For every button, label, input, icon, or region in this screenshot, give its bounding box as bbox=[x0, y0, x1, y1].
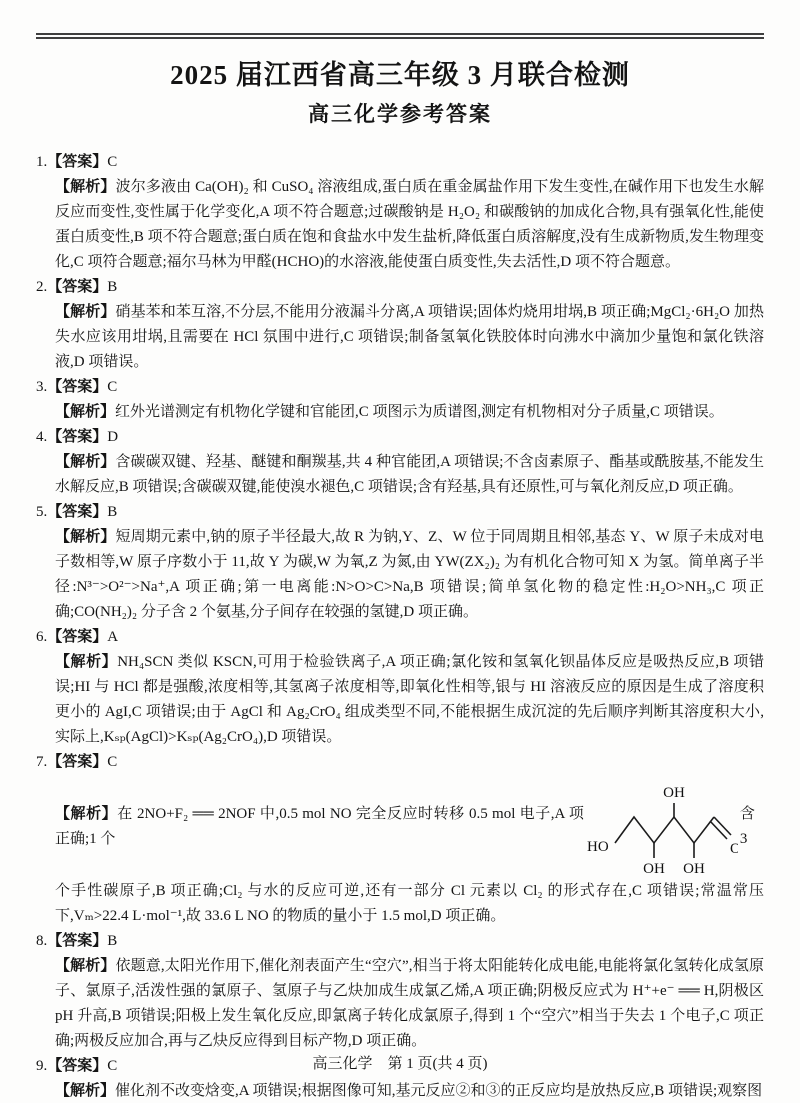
answer-line: 7.【答案】C bbox=[36, 750, 764, 775]
question-number: 7. bbox=[36, 754, 47, 770]
molecule-structure-diagram: HO OH OH OH O bbox=[586, 775, 738, 879]
answer-line: 6.【答案】A bbox=[36, 625, 764, 650]
answer-line: 4.【答案】D bbox=[36, 425, 764, 450]
page-subtitle: 高三化学参考答案 bbox=[36, 98, 764, 128]
footer-page-label: 高三化学 第 1 页(共 4 页) bbox=[313, 1056, 488, 1072]
analysis-paragraph-with-structure: 【解析】在 2NO+F₂ ══ 2NOF 中,0.5 mol NO 完全反应时转… bbox=[55, 775, 764, 879]
answer-value: D bbox=[107, 429, 118, 445]
analysis-label: 【解析】 bbox=[55, 454, 115, 470]
answer-line: 3.【答案】C bbox=[36, 375, 764, 400]
analysis-text: 依题意,太阳光作用下,催化剂表面产生“空穴”,相当于将太阳能转化成电能,电能将氯… bbox=[55, 958, 764, 1049]
answer-value: B bbox=[107, 279, 117, 295]
analysis-paragraph: 【解析】短周期元素中,钠的原子半径最大,故 R 为钠,Y、Z、W 位于同周期且相… bbox=[55, 525, 764, 625]
question-number: 4. bbox=[36, 429, 47, 445]
answer-line: 8.【答案】B bbox=[36, 929, 764, 954]
answer-label: 【答案】 bbox=[47, 504, 107, 520]
analysis-paragraph-continued: 个手性碳原子,B 项正确;Cl₂ 与水的反应可逆,还有一部分 Cl 元素以 Cl… bbox=[55, 879, 764, 929]
question-number: 3. bbox=[36, 379, 47, 395]
analysis-text: 波尔多液由 Ca(OH)₂ 和 CuSO₄ 溶液组成,蛋白质在重金属盐作用下发生… bbox=[55, 179, 764, 270]
analysis-label: 【解析】 bbox=[55, 404, 115, 420]
analysis-label: 【解析】 bbox=[55, 529, 116, 545]
analysis-label: 【解析】 bbox=[55, 654, 117, 670]
question-number: 1. bbox=[36, 154, 47, 170]
answer-value: C bbox=[107, 154, 117, 170]
analysis-text: 短周期元素中,钠的原子半径最大,故 R 为钠,Y、Z、W 位于同周期且相邻,基态… bbox=[55, 529, 764, 620]
analysis-text-after-structure: 含 3 bbox=[740, 802, 764, 852]
answer-value: B bbox=[107, 933, 117, 949]
analysis-paragraph: 【解析】依题意,太阳光作用下,催化剂表面产生“空穴”,相当于将太阳能转化成电能,… bbox=[55, 954, 764, 1054]
analysis-text: NH₄SCN 类似 KSCN,可用于检验铁离子,A 项正确;氯化铵和氢氧化钡晶体… bbox=[55, 654, 764, 745]
molecule-oh-bottom-right-label: OH bbox=[683, 861, 705, 877]
molecule-oh-top-label: OH bbox=[663, 785, 685, 801]
header-double-rule bbox=[36, 33, 764, 39]
question-item-6: 6.【答案】A 【解析】NH₄SCN 类似 KSCN,可用于检验铁离子,A 项正… bbox=[36, 625, 764, 750]
question-item-2: 2.【答案】B 【解析】硝基苯和苯互溶,不分层,不能用分液漏斗分离,A 项错误;… bbox=[36, 275, 764, 375]
answer-label: 【答案】 bbox=[47, 379, 107, 395]
answer-key-page: 2025 届江西省高三年级 3 月联合检测 高三化学参考答案 1.【答案】C 【… bbox=[0, 33, 800, 1103]
question-number: 8. bbox=[36, 933, 47, 949]
answer-line: 5.【答案】B bbox=[36, 500, 764, 525]
analysis-paragraph: 【解析】红外光谱测定有机物化学键和官能团,C 项图示为质谱图,测定有机物相对分子… bbox=[55, 400, 764, 425]
molecule-oh-bottom-left-label: OH bbox=[643, 861, 665, 877]
page-title: 2025 届江西省高三年级 3 月联合检测 bbox=[36, 53, 764, 92]
question-item-4: 4.【答案】D 【解析】含碳碳双键、羟基、醚键和酮羰基,共 4 种官能团,A 项… bbox=[36, 425, 764, 500]
question-item-7: 7.【答案】C 【解析】在 2NO+F₂ ══ 2NOF 中,0.5 mol N… bbox=[36, 750, 764, 929]
answer-label: 【答案】 bbox=[47, 933, 107, 949]
molecule-ho-label: HO bbox=[587, 839, 609, 855]
analysis-paragraph: 【解析】硝基苯和苯互溶,不分层,不能用分液漏斗分离,A 项错误;固体灼烧用坩埚,… bbox=[55, 300, 764, 375]
question-item-3: 3.【答案】C 【解析】红外光谱测定有机物化学键和官能团,C 项图示为质谱图,测… bbox=[36, 375, 764, 425]
question-number: 6. bbox=[36, 629, 47, 645]
analysis-paragraph: 【解析】含碳碳双键、羟基、醚键和酮羰基,共 4 种官能团,A 项错误;不含卤素原… bbox=[55, 450, 764, 500]
answer-line: 1.【答案】C bbox=[36, 150, 764, 175]
analysis-text: 红外光谱测定有机物化学键和官能团,C 项图示为质谱图,测定有机物相对分子质量,C… bbox=[115, 404, 724, 420]
carbonyl-double-bond-1 bbox=[714, 817, 731, 835]
analysis-paragraph: 【解析】NH₄SCN 类似 KSCN,可用于检验铁离子,A 项正确;氯化铵和氢氧… bbox=[55, 650, 764, 750]
answer-label: 【答案】 bbox=[47, 429, 107, 445]
answer-label: 【答案】 bbox=[47, 279, 107, 295]
analysis-paragraph: 【解析】波尔多液由 Ca(OH)₂ 和 CuSO₄ 溶液组成,蛋白质在重金属盐作… bbox=[55, 175, 764, 275]
answer-line: 2.【答案】B bbox=[36, 275, 764, 300]
answer-label: 【答案】 bbox=[47, 154, 107, 170]
analysis-label: 【解析】 bbox=[55, 179, 116, 195]
analysis-paragraph: 【解析】催化剂不改变焓变,A 项错误;根据图像可知,基元反应②和③的正反应均是放… bbox=[55, 1079, 764, 1103]
answer-label: 【答案】 bbox=[47, 754, 107, 770]
analysis-text: 硝基苯和苯互溶,不分层,不能用分液漏斗分离,A 项错误;固体灼烧用坩埚,B 项正… bbox=[55, 304, 764, 370]
analysis-text-before-structure: 【解析】在 2NO+F₂ ══ 2NOF 中,0.5 mol NO 完全反应时转… bbox=[55, 802, 584, 852]
analysis-text: 催化剂不改变焓变,A 项错误;根据图像可知,基元反应②和③的正反应均是放热反应,… bbox=[115, 1083, 762, 1099]
question-item-8: 8.【答案】B 【解析】依题意,太阳光作用下,催化剂表面产生“空穴”,相当于将太… bbox=[36, 929, 764, 1054]
question-item-1: 1.【答案】C 【解析】波尔多液由 Ca(OH)₂ 和 CuSO₄ 溶液组成,蛋… bbox=[36, 150, 764, 275]
carbon-chain-bonds bbox=[615, 817, 714, 843]
answer-value: B bbox=[107, 504, 117, 520]
question-number: 2. bbox=[36, 279, 47, 295]
molecule-o-label: O bbox=[730, 841, 738, 857]
analysis-label: 【解析】 bbox=[55, 304, 115, 320]
analysis-text: 含碳碳双键、羟基、醚键和酮羰基,共 4 种官能团,A 项错误;不含卤素原子、酯基… bbox=[55, 454, 764, 495]
answer-value: C bbox=[107, 379, 117, 395]
analysis-label: 【解析】 bbox=[55, 1083, 115, 1099]
answer-label: 【答案】 bbox=[47, 629, 107, 645]
question-number: 5. bbox=[36, 504, 47, 520]
page-footer: 高三化学 第 1 页(共 4 页) bbox=[0, 1052, 800, 1073]
analysis-label: 【解析】 bbox=[55, 958, 115, 974]
analysis-label: 【解析】 bbox=[55, 806, 117, 822]
carbonyl-double-bond-2 bbox=[710, 821, 727, 839]
answer-value: C bbox=[107, 754, 117, 770]
answer-value: A bbox=[107, 629, 118, 645]
question-item-5: 5.【答案】B 【解析】短周期元素中,钠的原子半径最大,故 R 为钠,Y、Z、W… bbox=[36, 500, 764, 625]
answers-list: 1.【答案】C 【解析】波尔多液由 Ca(OH)₂ 和 CuSO₄ 溶液组成,蛋… bbox=[36, 150, 764, 1103]
